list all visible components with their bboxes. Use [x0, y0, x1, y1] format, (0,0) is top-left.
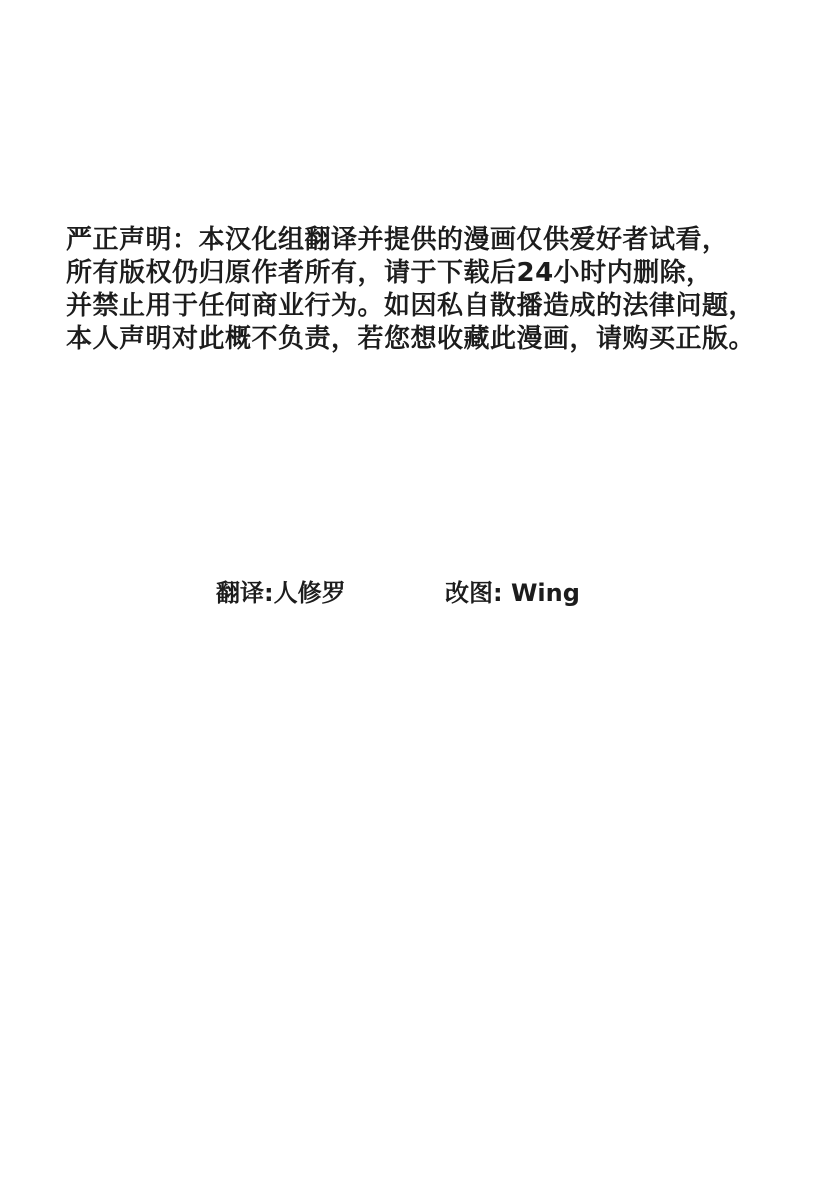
translator-credit: 翻译:人修罗 — [216, 576, 346, 610]
disclaimer-notice: 严正声明：本汉化组翻译并提供的漫画仅供爱好者试看， 所有版权仍归原作者所有，请于… — [66, 224, 806, 356]
notice-line-4: 本人声明对此概不负责，若您想收藏此漫画，请购买正版。 — [66, 323, 806, 356]
editor-name: Wing — [511, 579, 580, 607]
translator-name: 人修罗 — [274, 579, 346, 607]
notice-line-2: 所有版权仍归原作者所有，请于下载后24小时内删除， — [66, 257, 806, 290]
editor-credit: 改图: Wing — [445, 576, 580, 610]
notice-line-3: 并禁止用于任何商业行为。如因私自散播造成的法律问题， — [66, 290, 806, 323]
credits: 翻译:人修罗 改图: Wing — [216, 576, 636, 610]
translator-label: 翻译: — [216, 579, 274, 607]
notice-line-1: 严正声明：本汉化组翻译并提供的漫画仅供爱好者试看， — [66, 224, 806, 257]
editor-label: 改图: — [445, 579, 511, 607]
